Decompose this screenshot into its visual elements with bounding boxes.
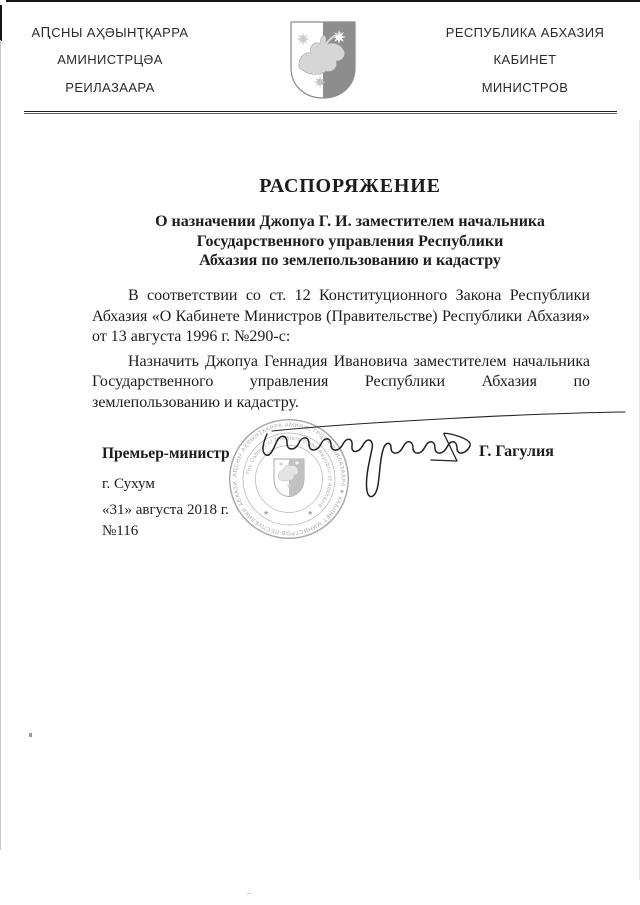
letterhead-left-line: РЕИЛАЗААРА xyxy=(15,74,205,101)
seal-shield-right-half xyxy=(289,456,305,500)
star-icon xyxy=(296,32,309,45)
seal-star-dot xyxy=(287,484,290,487)
document-title: РАСПОРЯЖЕНИЕ xyxy=(100,175,600,198)
signer-name: Г. Гагулия xyxy=(479,443,554,461)
seal-middle-ring xyxy=(243,433,335,525)
seal-inner-text: The Cabinet of Ministers of the Republic… xyxy=(246,435,333,508)
signature-flourish-line xyxy=(272,412,625,431)
scan-edge-left-faint xyxy=(0,40,1,850)
letterhead-left-line: АԤСНЫ АҲӘЫНҬҚАРРА xyxy=(15,19,205,46)
letterhead-left: АԤСНЫ АҲӘЫНҬҚАРРА АМИНИСТРЦӘА РЕИЛАЗААРА xyxy=(15,19,205,101)
letterhead-right-line: МИНИСТРОВ xyxy=(436,74,614,101)
document-city: г. Сухум xyxy=(102,476,155,493)
signature-scribble xyxy=(263,434,470,497)
decree-document-page: АԤСНЫ АҲӘЫНҬҚАРРА АМИНИСТРЦӘА РЕИЛАЗААРА… xyxy=(0,0,640,905)
document-date: «31» августа 2018 г. xyxy=(102,502,229,519)
star-icon xyxy=(314,76,326,88)
seal-inner-ring xyxy=(256,446,323,513)
letterhead-right-line: КАБИНЕТ xyxy=(436,46,614,73)
document-subject: О назначении Джопуа Г. И. заместителем н… xyxy=(100,212,600,271)
seal-star-dot xyxy=(279,462,282,465)
body-paragraph: Назначить Джопуа Геннадия Ивановича заме… xyxy=(92,352,590,414)
official-seal-stamp: АԤСНЫ АҲӘЫНҬҚАРРА АМИНИСТРЦӘА РЕИЛАЗААРА… xyxy=(226,416,352,542)
body-paragraph: В соответствии со ст. 12 Конституционног… xyxy=(92,286,590,348)
document-body: В соответствии со ст. 12 Конституционног… xyxy=(92,286,590,413)
signature-end-hook xyxy=(431,433,470,461)
seal-shield xyxy=(274,459,304,497)
seal-outer-ring xyxy=(230,420,349,539)
seal-star-right: ★ xyxy=(307,509,313,517)
subject-line: О назначении Джопуа Г. И. заместителем н… xyxy=(100,212,600,232)
scan-edge-left-dark xyxy=(0,5,2,41)
document-number: №116 xyxy=(102,523,138,540)
scan-speck xyxy=(247,893,251,894)
coat-of-arms-icon xyxy=(289,20,357,100)
seal-horseman xyxy=(278,462,298,481)
subject-line: Абхазия по землепользованию и кадастру xyxy=(100,251,600,271)
letterhead-divider-rule xyxy=(24,111,617,114)
scan-speck xyxy=(29,733,32,737)
scan-edge-top xyxy=(6,0,640,2)
letterhead-left-line: АМИНИСТРЦӘА xyxy=(15,46,205,73)
letterhead-right-line: РЕСПУБЛИКА АБХАЗИЯ xyxy=(436,19,614,46)
subject-line: Государственного управления Республики xyxy=(100,232,600,252)
letterhead-right: РЕСПУБЛИКА АБХАЗИЯ КАБИНЕТ МИНИСТРОВ xyxy=(436,19,614,101)
seal-star-left: ★ xyxy=(263,509,269,517)
seal-outer-text: АԤСНЫ АҲӘЫНҬҚАРРА АМИНИСТРЦӘА РЕИЛАЗААРА… xyxy=(226,416,346,536)
seal-star-dot xyxy=(295,461,298,464)
signer-role: Премьер-министр xyxy=(102,445,230,463)
